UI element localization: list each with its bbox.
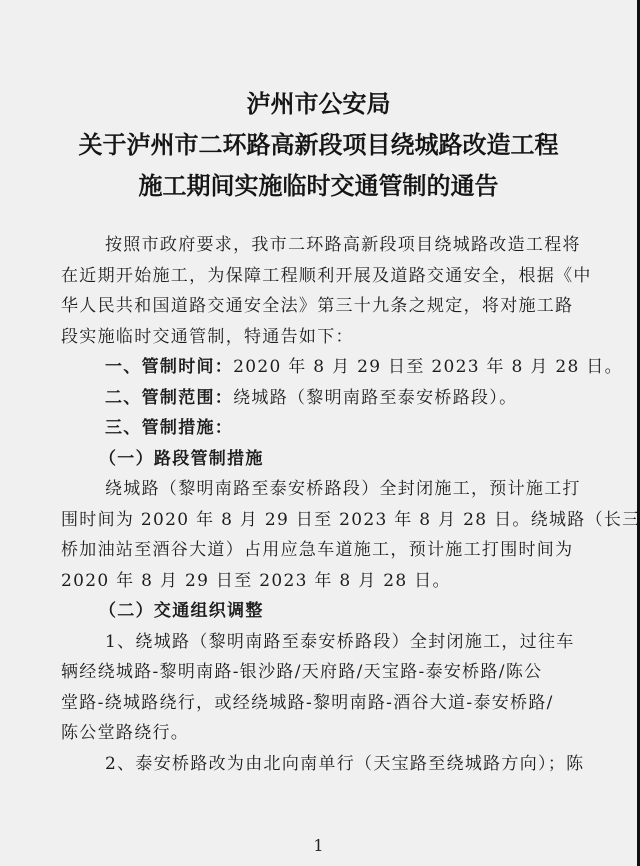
issuer-title: 泸州市公安局 <box>0 89 637 119</box>
traffic-adjust-line: 陈公堂路绕行。 <box>61 718 561 749</box>
control-measures-label: 三、管制措施： <box>105 418 233 438</box>
subsection-heading-traffic: （二）交通组织调整 <box>61 596 561 627</box>
traffic-adjust-line: 1、绕城路（黎明南路至泰安桥路段）全封闭施工，过往车 <box>61 627 561 658</box>
control-measures: 三、管制措施： <box>61 413 561 444</box>
page-number: 1 <box>0 836 637 855</box>
notice-title-line-2: 施工期间实施临时交通管制的通告 <box>0 171 637 201</box>
notice-title-line-1: 关于泸州市二环路高新段项目绕城路改造工程 <box>0 130 637 160</box>
control-time-label: 一、管制时间： <box>105 357 233 377</box>
intro-line: 华人民共和国道路交通安全法》第三十九条之规定，将对施工路 <box>61 291 561 322</box>
control-time-value: 2020 年 8 月 29 日至 2023 年 8 月 28 日。 <box>233 357 623 377</box>
document-page: 泸州市公安局 关于泸州市二环路高新段项目绕城路改造工程 施工期间实施临时交通管制… <box>0 0 637 866</box>
intro-line: 在近期开始施工，为保障工程顺利开展及道路交通安全，根据《中 <box>61 261 561 292</box>
traffic-adjust-line: 辆经绕城路-黎明南路-银沙路/天府路/天宝路-泰安桥路/陈公 <box>61 657 561 688</box>
traffic-adjust-line: 堂路-绕城路绕行，或经绕城路-黎明南路-酒谷大道-泰安桥路/ <box>61 688 561 719</box>
intro-line: 按照市政府要求，我市二环路高新段项目绕城路改造工程将 <box>61 230 561 261</box>
notice-body: 按照市政府要求，我市二环路高新段项目绕城路改造工程将 在近期开始施工，为保障工程… <box>61 230 561 779</box>
intro-line: 段实施临时交通管制，特通告如下： <box>61 322 561 353</box>
road-measure-line: 桥加油站至酒谷大道）占用应急车道施工，预计施工打围时间为 <box>61 535 561 566</box>
road-measure-line: 2020 年 8 月 29 日至 2023 年 8 月 28 日。 <box>61 566 561 597</box>
road-measure-line: 围时间为 2020 年 8 月 29 日至 2023 年 8 月 28 日。绕城… <box>61 505 561 536</box>
road-measure-line: 绕城路（黎明南路至泰安桥路段）全封闭施工，预计施工打 <box>61 474 561 505</box>
control-scope-value: 绕城路（黎明南路至泰安桥路段）。 <box>233 388 517 408</box>
control-scope: 二、管制范围：绕城路（黎明南路至泰安桥路段）。 <box>61 383 561 414</box>
traffic-adjust-line: 2、泰安桥路改为由北向南单行（天宝路至绕城路方向）；陈 <box>61 749 561 780</box>
control-scope-label: 二、管制范围： <box>105 388 233 408</box>
control-time: 一、管制时间：2020 年 8 月 29 日至 2023 年 8 月 28 日。 <box>61 352 561 383</box>
subsection-heading-road: （一）路段管制措施 <box>61 444 561 475</box>
